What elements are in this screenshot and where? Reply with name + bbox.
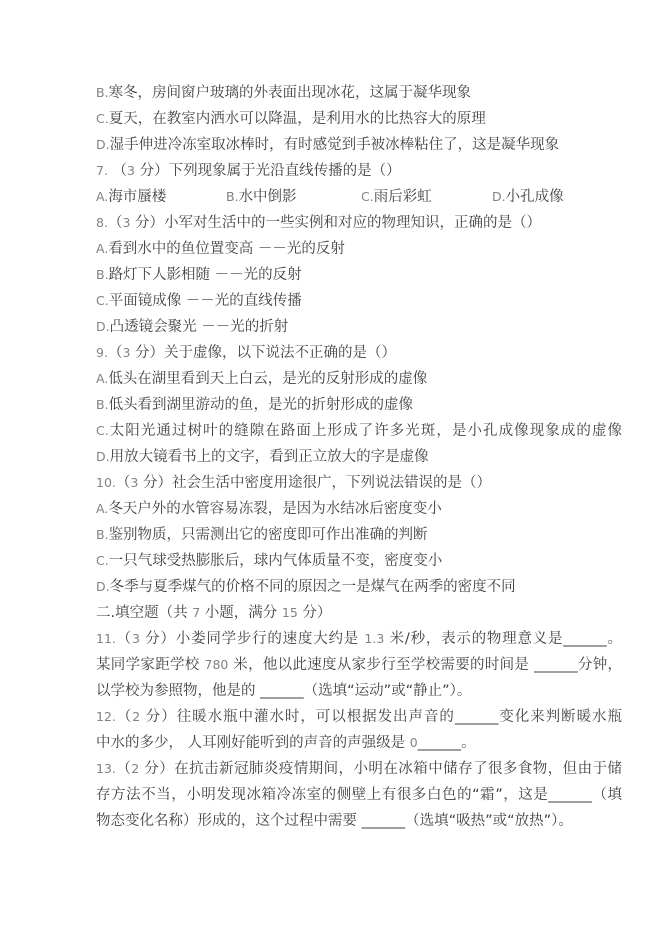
option-text: D.湿手伸进冷冻室取冰棒时，有时感觉到手被冰棒粘住了，这是凝华现象 [96, 137, 559, 153]
option-line-q6-d: D.湿手伸进冷冻室取冰棒时，有时感觉到手被冰棒粘住了，这是凝华现象 [96, 132, 622, 158]
question-7-options-row: A.海市蜃楼 B.水中倒影 C.雨后彩虹 D.小孔成像 [96, 184, 622, 210]
question-text: 某同学家距学校 780 米，他以此速度从家步行至学校需要的时间是 ______分… [96, 657, 622, 673]
option-text: C.夏天，在教室内洒水可以降温，是利用水的比热容大的原理 [96, 111, 486, 127]
question-11-line-2: 某同学家距学校 780 米，他以此速度从家步行至学校需要的时间是 ______分… [96, 652, 622, 678]
option-line-q8-d: D.凸透镜会聚光 －－光的折射 [96, 314, 622, 340]
option-text: D.凸透镜会聚光 －－光的折射 [96, 319, 288, 335]
option-line-q10-d: D.冬季与夏季煤气的价格不同的原因之一是煤气在两季的密度不同 [96, 574, 622, 600]
question-7-stem: 7. （3 分）下列现象属于光沿直线传播的是（） [96, 158, 622, 184]
question-text: 9.（3 分）关于虚像，以下说法不正确的是（） [96, 345, 396, 361]
section-2-heading: 二.填空题（共 7 小题，满分 15 分） [96, 600, 622, 626]
option-text: D.用放大镜看书上的文字，看到正立放大的字是虚像 [96, 449, 429, 465]
question-text: 中水的多少， 人耳刚好能听到的声音的声强级是 0______。 [96, 735, 476, 751]
option-line-q8-a: A.看到水中的鱼位置变高 －－光的反射 [96, 236, 622, 262]
option-line-q9-c: C.太阳光通过树叶的缝隙在路面上形成了许多光斑，是小孔成像现象成的虚像 [96, 418, 622, 444]
option-text: A.看到水中的鱼位置变高 －－光的反射 [96, 241, 345, 257]
question-9-stem: 9.（3 分）关于虚像，以下说法不正确的是（） [96, 340, 622, 366]
option-q7-a: A.海市蜃楼 [96, 184, 226, 210]
option-line-q9-a: A.低头在湖里看到天上白云，是光的反射形成的虚像 [96, 366, 622, 392]
question-text: 物态变化名称）形成的，这个过程中需要 ______（选填“吸热”或“放热”）。 [96, 813, 573, 829]
question-text: 存方法不当，小明发现冰箱冷冻室的侧壁上有很多白色的“霜”，这是______（填 [96, 787, 622, 803]
section-heading-text: 二.填空题（共 7 小题，满分 15 分） [96, 605, 331, 621]
option-text: B.低头看到湖里游动的鱼，是光的折射形成的虚像 [96, 397, 413, 413]
option-q7-d: D.小孔成像 [492, 184, 564, 210]
option-line-q9-b: B.低头看到湖里游动的鱼，是光的折射形成的虚像 [96, 392, 622, 418]
option-text: C.太阳光通过树叶的缝隙在路面上形成了许多光斑，是小孔成像现象成的虚像 [96, 423, 622, 439]
question-11-line-1: 11.（3 分）小娄同学步行的速度大约是 1.3 米/秒，表示的物理意义是___… [96, 626, 622, 652]
option-line-q10-a: A.冬天户外的水管容易冻裂，是因为水结冰后密度变小 [96, 496, 622, 522]
question-11-line-3: 以学校为参照物，他是的 ______（选填“运动”或“静止”）。 [96, 678, 622, 704]
option-text: B.路灯下人影相随 －－光的反射 [96, 267, 302, 283]
option-text: A.低头在湖里看到天上白云，是光的反射形成的虚像 [96, 371, 427, 387]
option-text: D.冬季与夏季煤气的价格不同的原因之一是煤气在两季的密度不同 [96, 579, 516, 595]
question-13-line-2: 存方法不当，小明发现冰箱冷冻室的侧壁上有很多白色的“霜”，这是______（填 [96, 782, 622, 808]
option-text: C.平面镜成像 －－光的直线传播 [96, 293, 302, 309]
exam-document-page: B.寒冬，房间窗户玻璃的外表面出现冰花，这属于凝华现象 C.夏天，在教室内洒水可… [96, 80, 622, 834]
option-line-q10-b: B.鉴别物质，只需测出它的密度即可作出准确的判断 [96, 522, 622, 548]
option-line-q6-c: C.夏天，在教室内洒水可以降温，是利用水的比热容大的原理 [96, 106, 622, 132]
question-text: 10.（3 分）社会生活中密度用途很广，下列说法错误的是（） [96, 475, 491, 491]
question-text: 以学校为参照物，他是的 ______（选填“运动”或“静止”）。 [96, 683, 471, 699]
option-text: B.寒冬，房间窗户玻璃的外表面出现冰花，这属于凝华现象 [96, 85, 471, 101]
question-text: 7. （3 分）下列现象属于光沿直线传播的是（） [96, 163, 401, 179]
option-line-q8-c: C.平面镜成像 －－光的直线传播 [96, 288, 622, 314]
option-q7-b: B.水中倒影 [226, 184, 361, 210]
question-text: 13.（2 分）在抗击新冠肺炎疫情期间，小明在冰箱中储存了很多食物，但由于储 [96, 761, 622, 777]
question-13-line-1: 13.（2 分）在抗击新冠肺炎疫情期间，小明在冰箱中储存了很多食物，但由于储 [96, 756, 622, 782]
question-text: 8.（3 分）小军对生活中的一些实例和对应的物理知识，正确的是（） [96, 215, 541, 231]
question-13-line-3: 物态变化名称）形成的，这个过程中需要 ______（选填“吸热”或“放热”）。 [96, 808, 622, 834]
option-line-q6-b: B.寒冬，房间窗户玻璃的外表面出现冰花，这属于凝华现象 [96, 80, 622, 106]
option-line-q8-b: B.路灯下人影相随 －－光的反射 [96, 262, 622, 288]
option-q7-c: C.雨后彩虹 [361, 184, 492, 210]
option-text: C.一只气球受热膨胀后，球内气体质量不变，密度变小 [96, 553, 442, 569]
option-line-q10-c: C.一只气球受热膨胀后，球内气体质量不变，密度变小 [96, 548, 622, 574]
question-12-line-2: 中水的多少， 人耳刚好能听到的声音的声强级是 0______。 [96, 730, 622, 756]
question-text: 11.（3 分）小娄同学步行的速度大约是 1.3 米/秒，表示的物理意义是___… [96, 631, 622, 647]
option-line-q9-d: D.用放大镜看书上的文字，看到正立放大的字是虚像 [96, 444, 622, 470]
option-text: B.鉴别物质，只需测出它的密度即可作出准确的判断 [96, 527, 428, 543]
option-text: A.冬天户外的水管容易冻裂，是因为水结冰后密度变小 [96, 501, 442, 517]
question-10-stem: 10.（3 分）社会生活中密度用途很广，下列说法错误的是（） [96, 470, 622, 496]
question-text: 12.（2 分）往暖水瓶中灌水时，可以根据发出声音的______变化来判断暖水瓶 [96, 709, 622, 725]
question-12-line-1: 12.（2 分）往暖水瓶中灌水时，可以根据发出声音的______变化来判断暖水瓶 [96, 704, 622, 730]
question-8-stem: 8.（3 分）小军对生活中的一些实例和对应的物理知识，正确的是（） [96, 210, 622, 236]
